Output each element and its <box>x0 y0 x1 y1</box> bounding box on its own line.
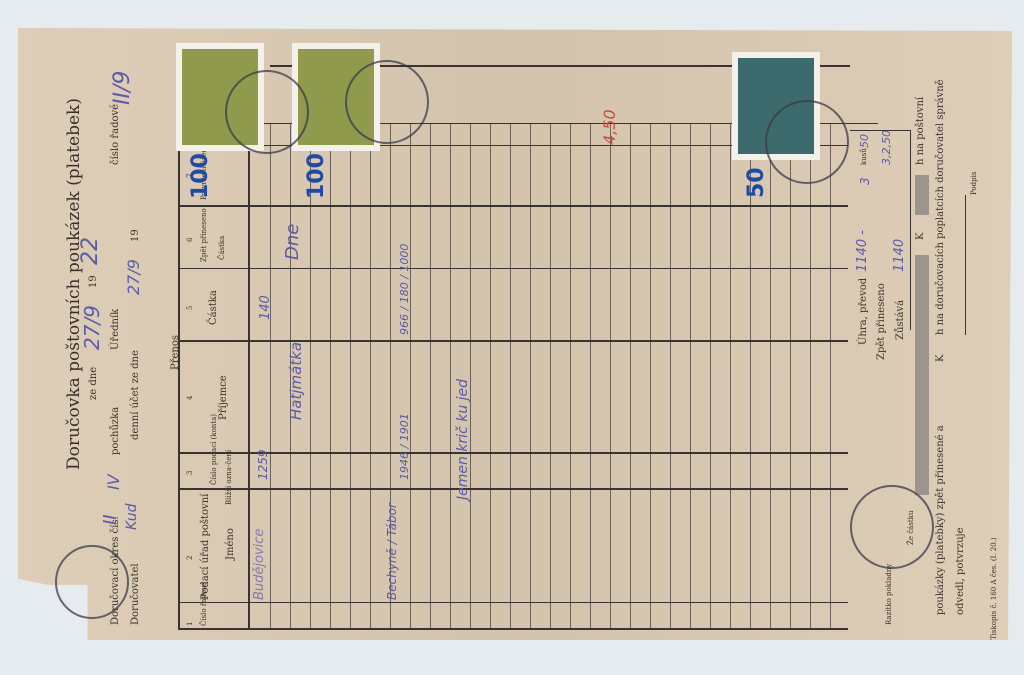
kusu-value: 3 <box>858 177 872 185</box>
header-divider <box>248 122 250 630</box>
col6-num: 6 <box>186 238 194 242</box>
col2-num: 2 <box>186 556 194 560</box>
col1-divider <box>178 602 848 603</box>
row2-castka: 966 / 180 / 1000 <box>398 244 411 335</box>
footer-tiskopis: Tiskopis č. 160 A čes. (I. 20.) <box>990 537 998 640</box>
row-rule <box>450 124 451 628</box>
row-rule <box>330 124 331 628</box>
row-rule <box>530 124 531 628</box>
dorucovatel-value: Kud <box>124 503 140 530</box>
urednik-label: Úředník <box>110 309 121 350</box>
row-rule <box>750 124 751 628</box>
ze-dne-value: 27/9 <box>80 305 104 350</box>
footer-line3: odvedl, potvrzuje <box>955 527 966 615</box>
footer-h-label: h na poštovní <box>915 97 926 165</box>
red-annotation: 4,50 <box>600 109 619 145</box>
table-left-border <box>178 120 180 630</box>
pochuzka-label: pochůzka <box>110 407 121 455</box>
postmark-circle <box>225 70 309 154</box>
col2-sub-jmeno: Jméno <box>225 528 236 560</box>
postmark-circle <box>765 100 849 184</box>
row-rule <box>790 124 791 628</box>
year-value: 22 <box>78 237 103 265</box>
kusu-h: 50 <box>858 134 871 148</box>
stamp-value: 100 <box>188 153 213 199</box>
zpet-prineseno-label: Zpět přineseno <box>876 283 887 360</box>
footer-line2: poukázky (platebky) zpět přinesené a <box>935 425 946 615</box>
col6-divider <box>178 205 848 207</box>
zustava-label: Zůstává <box>895 300 906 340</box>
col5-num: 5 <box>186 306 194 310</box>
year2-prefix: 19 <box>130 229 141 242</box>
year-prefix: 19 <box>88 275 99 288</box>
cislo-radove-label: číslo řadové <box>110 104 121 165</box>
prenos-label: Přenos <box>170 335 181 370</box>
row-rule <box>670 124 671 628</box>
table-bottom-border <box>178 628 848 630</box>
footer-k: K <box>915 233 926 240</box>
stamp-value: 100 <box>304 153 329 199</box>
row-rule <box>270 124 271 628</box>
totals-border <box>910 130 911 330</box>
row2-prijemce: Jemen krič ku jed <box>455 379 471 500</box>
col3-label: Číslo podací (konta) <box>210 414 218 485</box>
uhra-value: 1140 - <box>855 230 870 272</box>
row2-podaci: 1946 / 1901 <box>398 413 411 480</box>
col5-label: Částka <box>208 290 219 325</box>
row-rule <box>730 124 731 628</box>
col4-divider <box>178 340 848 342</box>
grey-bar-small <box>915 175 929 215</box>
ze-dne-label: ze dne <box>88 367 99 400</box>
row-rule <box>570 124 571 628</box>
document-title: Doručovka poštovních poukázek (platebek) <box>64 98 84 470</box>
col2-label: Podací úřad poštovní <box>200 494 211 600</box>
row1-podaci: 1259 <box>256 449 270 480</box>
row-rule <box>610 124 611 628</box>
col3-divider <box>178 452 848 454</box>
kusu-label: kusů <box>860 148 868 165</box>
footer-k2: K <box>935 355 946 362</box>
row-rule <box>550 124 551 628</box>
dorucovaci-okres-value: II <box>100 514 121 525</box>
row-rule <box>590 124 591 628</box>
row-rule <box>630 124 631 628</box>
grey-bar <box>915 255 929 495</box>
row-rule <box>510 124 511 628</box>
col2-sub-blizsi: Bližší ozna-čení <box>225 450 233 505</box>
row-rule <box>650 124 651 628</box>
postmark-circle <box>55 545 129 619</box>
dorucovatel-label: Doručovatel <box>130 563 141 625</box>
col4-num: 4 <box>186 396 194 400</box>
row1-office: Budějovice <box>252 529 267 600</box>
row-rule <box>350 124 351 628</box>
col6-sub-label: Částka <box>218 236 226 260</box>
footer-razitko: Razítko pokladny <box>885 564 893 625</box>
row-rule <box>830 124 831 628</box>
row2-office: Bechyně / Tábor <box>385 503 399 600</box>
row1-zpet: Dne <box>282 224 303 260</box>
row1-prijemce: Hatjmátka <box>287 342 305 420</box>
pochuzka-value: IV <box>104 474 123 490</box>
postmark-circle <box>850 485 934 569</box>
signature-line <box>965 195 966 335</box>
row-rule <box>430 124 431 628</box>
row-rule <box>810 124 811 628</box>
uhra-label: Úhra, převod <box>858 278 869 345</box>
footer-line2b: h na doručovacích poplatcích doručovatel… <box>935 79 946 335</box>
footer-podpis: Podpis <box>970 172 978 195</box>
cislo-radove-value: II/9 <box>110 71 135 105</box>
row-rule <box>470 124 471 628</box>
denni-ucet-value: 27/9 <box>124 259 143 295</box>
row-rule <box>490 124 491 628</box>
row-rule <box>710 124 711 628</box>
col2-divider <box>178 488 848 490</box>
col6-label: Zpět přineseno <box>200 208 208 262</box>
row-rule <box>310 124 311 628</box>
denni-ucet-label: denní účet ze dne <box>130 350 141 440</box>
postmark-circle <box>345 60 429 144</box>
totals-extra: 3,2,50 <box>880 130 893 165</box>
col3-num: 3 <box>186 471 194 475</box>
stamp-value: 50 <box>744 167 769 198</box>
row1-castka: 140 <box>258 295 273 320</box>
row-rule <box>370 124 371 628</box>
col4-label: Příjemce <box>218 375 229 420</box>
row-rule <box>410 124 411 628</box>
totals-line <box>850 130 910 131</box>
row-rule <box>770 124 771 628</box>
zustava-value: 1140 <box>892 239 907 272</box>
col5-divider <box>178 268 848 269</box>
row-rule <box>690 124 691 628</box>
col1-num: 1 <box>186 622 194 626</box>
